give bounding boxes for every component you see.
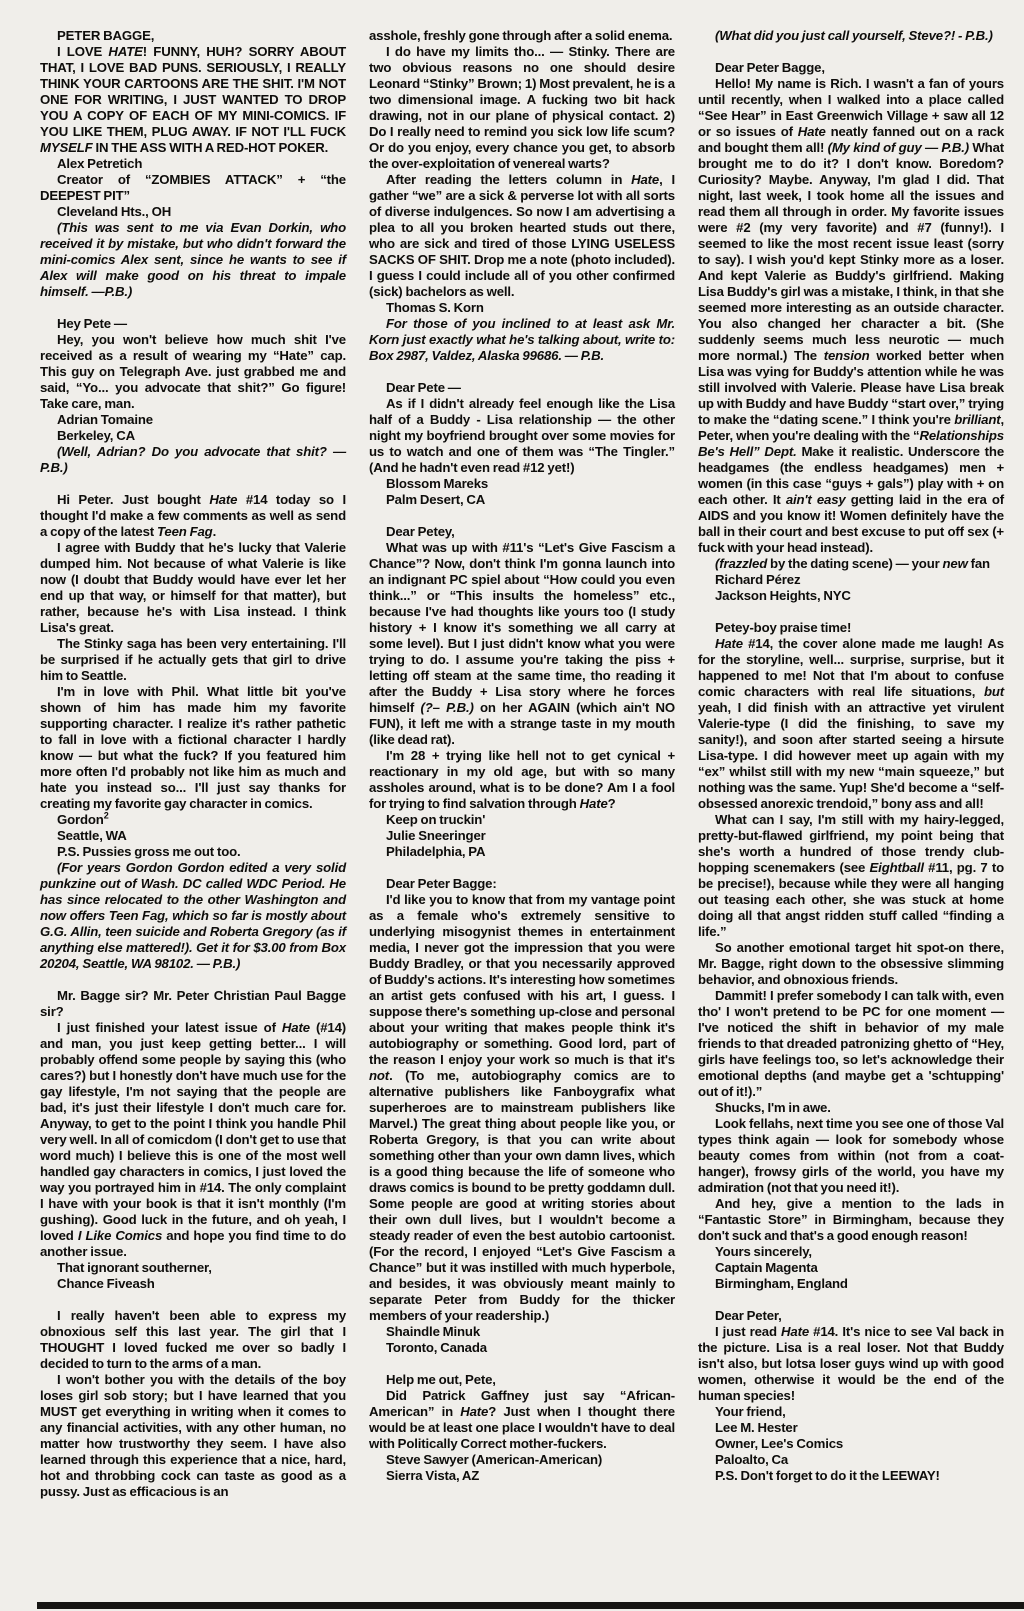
letter-paragraph: Hey, you won't believe how much shit I'v… — [40, 332, 346, 412]
italic-text-run: Teen Fag — [157, 524, 213, 539]
text-run: yeah, I did finish with an attractive ye… — [698, 700, 1004, 811]
italic-text-run: (My kind of guy — P.B.) — [828, 140, 969, 155]
letter-paragraph: Alex Petretich — [40, 156, 346, 172]
italic-text-run: HATE — [108, 44, 142, 59]
text-run: IN THE ASS WITH A RED-HOT POKER. — [93, 140, 329, 155]
letter-paragraph: What can I say, I'm still with my hairy-… — [698, 812, 1004, 940]
text-run: I really haven't been able to express my… — [40, 1308, 346, 1371]
letter-paragraph: I really haven't been able to express my… — [40, 1308, 346, 1372]
italic-text-run: tension — [824, 348, 870, 363]
text-run: Thomas S. Korn — [386, 300, 484, 315]
paragraph-gap — [369, 860, 675, 876]
text-run: Yours sincerely, — [715, 1244, 812, 1259]
text-run: I'm 28 + trying like hell not to get cyn… — [369, 748, 675, 811]
letter-paragraph: Help me out, Pete, — [369, 1372, 675, 1388]
paragraph-gap — [40, 476, 346, 492]
text-run: asshole, freshly gone through after a so… — [369, 28, 672, 43]
text-run: Dear Peter Bagge, — [715, 60, 825, 75]
letter-paragraph: Paloalto, Ca — [698, 1452, 1004, 1468]
text-run: P.S. Pussies gross me out too. — [57, 844, 241, 859]
italic-text-run: Hate — [798, 124, 826, 139]
text-run: Petey-boy praise time! — [715, 620, 851, 635]
text-run: As if I didn't already feel enough like … — [369, 396, 675, 475]
letter-paragraph: Blossom Mareks — [369, 476, 675, 492]
text-run: Richard Pérez — [715, 572, 800, 587]
letter-paragraph: I'd like you to know that from my vantag… — [369, 892, 675, 1324]
italic-text-run: Eightball — [870, 860, 924, 875]
text-run: , I gather “we” are a sick & perverse lo… — [369, 172, 675, 299]
text-run: That ignorant southerner, — [57, 1260, 212, 1275]
letters-column-left: PETER BAGGE,I LOVE HATE! FUNNY, HUH? SOR… — [40, 28, 346, 1500]
text-run: Adrian Tomaine — [57, 412, 153, 427]
text-run: Jackson Heights, NYC — [715, 588, 851, 603]
text-run: Alex Petretich — [57, 156, 142, 171]
letter-paragraph: (This was sent to me via Evan Dorkin, wh… — [40, 220, 346, 300]
text-run: I LOVE — [57, 44, 108, 59]
text-run: The Stinky saga has been very entertaini… — [40, 636, 346, 683]
italic-text-run: but — [984, 684, 1004, 699]
letter-paragraph: I agree with Buddy that he's lucky that … — [40, 540, 346, 636]
letter-paragraph: After reading the letters column in Hate… — [369, 172, 675, 300]
text-run: Shucks, I'm in awe. — [715, 1100, 831, 1115]
letter-paragraph: Gordon2 — [40, 812, 346, 828]
text-run: . — [213, 524, 217, 539]
letter-paragraph: Adrian Tomaine — [40, 412, 346, 428]
text-run: I just read — [715, 1324, 781, 1339]
letter-paragraph: Creator of “ZOMBIES ATTACK” + “the DEEPE… — [40, 172, 346, 204]
text-run: After reading the letters column in — [386, 172, 631, 187]
letter-paragraph: (What did you just call yourself, Steve?… — [698, 28, 1004, 44]
letters-column-right: (What did you just call yourself, Steve?… — [698, 28, 1004, 1500]
text-run: Palm Desert, CA — [386, 492, 485, 507]
letter-paragraph: Yours sincerely, — [698, 1244, 1004, 1260]
letter-paragraph: P.S. Pussies gross me out too. — [40, 844, 346, 860]
letter-paragraph: Chance Fiveash — [40, 1276, 346, 1292]
italic-text-run: MYSELF — [40, 140, 93, 155]
letter-paragraph: For those of you inclined to at least as… — [369, 316, 675, 364]
letter-paragraph: Palm Desert, CA — [369, 492, 675, 508]
text-run: Cleveland Hts., OH — [57, 204, 171, 219]
text-run: Your friend, — [715, 1404, 786, 1419]
letter-paragraph: Dear Peter, — [698, 1308, 1004, 1324]
letters-column-middle: asshole, freshly gone through after a so… — [369, 28, 675, 1500]
letter-paragraph: Seattle, WA — [40, 828, 346, 844]
italic-text-run: Hate — [282, 1020, 310, 1035]
letter-paragraph: I do have my limits tho... — Stinky. The… — [369, 44, 675, 172]
letter-paragraph: Hey Pete — — [40, 316, 346, 332]
paragraph-gap — [698, 44, 1004, 60]
italic-text-run: Hate — [209, 492, 237, 507]
text-run: Mr. Bagge sir? Mr. Peter Christian Paul … — [40, 988, 346, 1019]
letters-page: PETER BAGGE,I LOVE HATE! FUNNY, HUH? SOR… — [0, 0, 1024, 1500]
letter-paragraph: Dear Peter Bagge: — [369, 876, 675, 892]
text-run: Dear Pete — — [386, 380, 461, 395]
text-run: . (To me, autobiography comics are to al… — [369, 1068, 675, 1323]
text-run: I do have my limits tho... — Stinky. The… — [369, 44, 675, 171]
letter-paragraph: I'm 28 + trying like hell not to get cyn… — [369, 748, 675, 812]
letter-paragraph: Jackson Heights, NYC — [698, 588, 1004, 604]
paragraph-gap — [40, 300, 346, 316]
letter-paragraph: Petey-boy praise time! — [698, 620, 1004, 636]
letter-paragraph: That ignorant southerner, — [40, 1260, 346, 1276]
text-run: So another emotional target hit spot-on … — [698, 940, 1004, 987]
italic-text-run: ain't easy — [786, 492, 846, 507]
letter-paragraph: Dear Peter Bagge, — [698, 60, 1004, 76]
italic-text-run: (For years Gordon Gordon edited a very s… — [40, 860, 346, 971]
letter-paragraph: Mr. Bagge sir? Mr. Peter Christian Paul … — [40, 988, 346, 1020]
italic-text-run: Hate — [781, 1324, 809, 1339]
letter-paragraph: And hey, give a mention to the lads in “… — [698, 1196, 1004, 1244]
letter-paragraph: Dear Petey, — [369, 524, 675, 540]
text-run: Shaindle Minuk — [386, 1324, 480, 1339]
letter-paragraph: Steve Sawyer (American-American) — [369, 1452, 675, 1468]
paragraph-gap — [40, 1292, 346, 1308]
letter-paragraph: PETER BAGGE, — [40, 28, 346, 44]
text-run: I just finished your latest issue of — [57, 1020, 282, 1035]
letter-paragraph: What was up with #11's “Let's Give Fasci… — [369, 540, 675, 748]
letter-paragraph: Dear Pete — — [369, 380, 675, 396]
italic-text-run: (Well, Adrian? Do you advocate that shit… — [40, 444, 346, 475]
letter-paragraph: Owner, Lee's Comics — [698, 1436, 1004, 1452]
text-run: Creator of “ZOMBIES ATTACK” + “the DEEPE… — [40, 172, 346, 203]
text-run: Dear Petey, — [386, 524, 455, 539]
letter-paragraph: Look fellahs, next time you see one of t… — [698, 1116, 1004, 1196]
letter-paragraph: Cleveland Hts., OH — [40, 204, 346, 220]
letter-paragraph: Lee M. Hester — [698, 1420, 1004, 1436]
letter-paragraph: (frazzled by the dating scene) — your ne… — [698, 556, 1004, 572]
text-run: Julie Sneeringer — [386, 828, 486, 843]
letter-paragraph: Sierra Vista, AZ — [369, 1468, 675, 1484]
paragraph-gap — [40, 972, 346, 988]
text-run: P.S. Don't forget to do it the LEEWAY! — [715, 1468, 940, 1483]
paragraph-gap — [369, 1356, 675, 1372]
text-run: #14, the cover alone made me laugh! As f… — [698, 636, 1004, 699]
text-run: (#14) and man, you just keep getting bet… — [40, 1020, 346, 1243]
text-run: Owner, Lee's Comics — [715, 1436, 843, 1451]
paragraph-gap — [369, 364, 675, 380]
text-run: ? — [608, 796, 616, 811]
letter-paragraph: As if I didn't already feel enough like … — [369, 396, 675, 476]
letter-paragraph: P.S. Don't forget to do it the LEEWAY! — [698, 1468, 1004, 1484]
text-run: Dammit! I prefer somebody I can talk wit… — [698, 988, 1004, 1099]
paragraph-gap — [369, 508, 675, 524]
paragraph-gap — [698, 1292, 1004, 1308]
letter-paragraph: Thomas S. Korn — [369, 300, 675, 316]
letter-paragraph: Captain Magenta — [698, 1260, 1004, 1276]
text-run: Hey, you won't believe how much shit I'v… — [40, 332, 346, 411]
text-run: What brought me to do it? I don't know. … — [698, 140, 1004, 363]
italic-text-run: (frazzled — [715, 556, 767, 571]
letter-paragraph: Keep on truckin' — [369, 812, 675, 828]
letter-paragraph: Hello! My name is Rich. I wasn't a fan o… — [698, 76, 1004, 556]
text-run: Blossom Mareks — [386, 476, 488, 491]
letter-paragraph: I just finished your latest issue of Hat… — [40, 1020, 346, 1260]
italic-text-run: Hate — [715, 636, 743, 651]
letter-paragraph: Your friend, — [698, 1404, 1004, 1420]
text-run: Dear Peter Bagge: — [386, 876, 497, 891]
letter-paragraph: Shucks, I'm in awe. — [698, 1100, 1004, 1116]
text-run: Chance Fiveash — [57, 1276, 155, 1291]
text-run: Steve Sawyer (American-American) — [386, 1452, 602, 1467]
text-run: And hey, give a mention to the lads in “… — [698, 1196, 1004, 1243]
letter-paragraph: I just read Hate #14. It's nice to see V… — [698, 1324, 1004, 1404]
letter-paragraph: (Well, Adrian? Do you advocate that shit… — [40, 444, 346, 476]
text-run: Birmingham, England — [715, 1276, 848, 1291]
text-run: Paloalto, Ca — [715, 1452, 788, 1467]
letter-paragraph: (For years Gordon Gordon edited a very s… — [40, 860, 346, 972]
text-run: Hey Pete — — [57, 316, 127, 331]
text-run: I'm in love with Phil. What little bit y… — [40, 684, 346, 811]
letter-paragraph: So another emotional target hit spot-on … — [698, 940, 1004, 988]
letter-paragraph: I'm in love with Phil. What little bit y… — [40, 684, 346, 812]
letter-paragraph: The Stinky saga has been very entertaini… — [40, 636, 346, 684]
text-run: Toronto, Canada — [386, 1340, 487, 1355]
text-run: by the dating scene) — your — [767, 556, 942, 571]
text-run: Keep on truckin' — [386, 812, 485, 827]
text-run: Captain Magenta — [715, 1260, 818, 1275]
italic-text-run: For those of you inclined to at least as… — [369, 316, 675, 363]
text-run: I'd like you to know that from my vantag… — [369, 892, 675, 1067]
page-bottom-scan-edge — [37, 1602, 1024, 1609]
text-run: PETER BAGGE, — [57, 28, 154, 43]
italic-text-run: Hate — [631, 172, 659, 187]
letter-paragraph: Hi Peter. Just bought Hate #14 today so … — [40, 492, 346, 540]
italic-text-run: Hate — [460, 1404, 488, 1419]
text-run: Sierra Vista, AZ — [386, 1468, 479, 1483]
text-run: I agree with Buddy that he's lucky that … — [40, 540, 346, 635]
text-run: Help me out, Pete, — [386, 1372, 496, 1387]
letter-paragraph: Berkeley, CA — [40, 428, 346, 444]
letter-paragraph: Philadelphia, PA — [369, 844, 675, 860]
letter-paragraph: Shaindle Minuk — [369, 1324, 675, 1340]
italic-text-run: (?– P.B.) — [420, 700, 473, 715]
italic-text-run: not — [369, 1068, 389, 1083]
italic-text-run: I Like Comics — [78, 1228, 162, 1243]
text-run: Philadelphia, PA — [386, 844, 485, 859]
letter-paragraph: Julie Sneeringer — [369, 828, 675, 844]
letter-paragraph: Richard Pérez — [698, 572, 1004, 588]
letter-paragraph: Did Patrick Gaffney just say “African-Am… — [369, 1388, 675, 1452]
text-run: What was up with #11's “Let's Give Fasci… — [369, 540, 675, 715]
letter-paragraph: I LOVE HATE! FUNNY, HUH? SORRY ABOUT THA… — [40, 44, 346, 156]
superscript-text-run: 2 — [104, 811, 109, 821]
letter-paragraph: asshole, freshly gone through after a so… — [369, 28, 675, 44]
text-run: Seattle, WA — [57, 828, 127, 843]
italic-text-run: brilliant — [954, 412, 1000, 427]
letter-paragraph: I won't bother you with the details of t… — [40, 1372, 346, 1500]
italic-text-run: Hate — [580, 796, 608, 811]
paragraph-gap — [698, 604, 1004, 620]
italic-text-run: new — [943, 556, 968, 571]
letter-paragraph: Hate #14, the cover alone made me laugh!… — [698, 636, 1004, 812]
text-run: Gordon — [57, 812, 104, 827]
text-run: Dear Peter, — [715, 1308, 782, 1323]
italic-text-run: (This was sent to me via Evan Dorkin, wh… — [40, 220, 346, 299]
text-run: Berkeley, CA — [57, 428, 135, 443]
text-run: fan — [968, 556, 990, 571]
letter-paragraph: Toronto, Canada — [369, 1340, 675, 1356]
text-run: Lee M. Hester — [715, 1420, 798, 1435]
text-run: I won't bother you with the details of t… — [40, 1372, 346, 1499]
text-run: Hi Peter. Just bought — [57, 492, 209, 507]
italic-text-run: (What did you just call yourself, Steve?… — [715, 28, 993, 43]
letter-paragraph: Dammit! I prefer somebody I can talk wit… — [698, 988, 1004, 1100]
letter-paragraph: Birmingham, England — [698, 1276, 1004, 1292]
text-run: Look fellahs, next time you see one of t… — [698, 1116, 1004, 1195]
